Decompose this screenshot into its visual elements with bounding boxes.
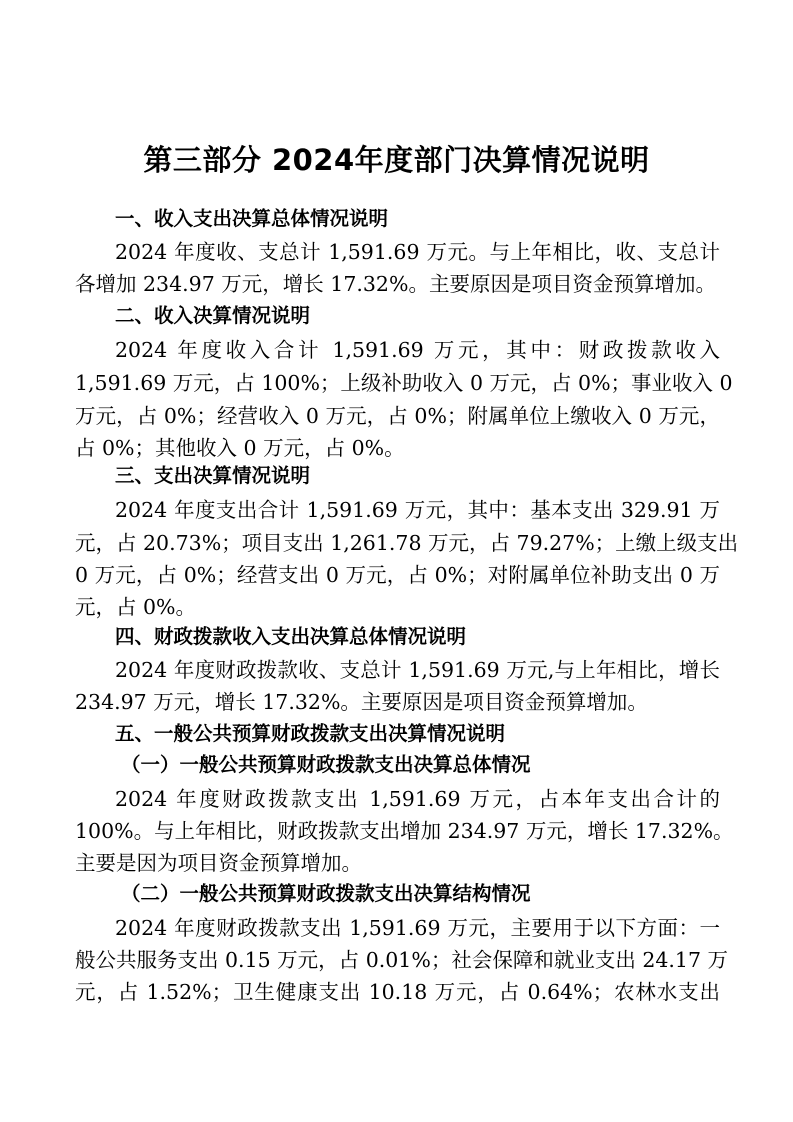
paragraph-line: 元，占 20.73%；项目支出 1,261.78 万元，占 79.27%；上缴上…	[75, 527, 720, 559]
subsection-heading-5-1: （一）一般公共预算财政拨款支出决算总体情况	[121, 749, 720, 781]
paragraph-line: 万元，占 0%；经营收入 0 万元，占 0%；附属单位上缴收入 0 万元，	[75, 400, 720, 432]
paragraph-line: 2024 年度财政拨款支出 1,591.69 万元，主要用于以下方面：一	[115, 912, 720, 944]
paragraph-line: 元，占 0%。	[75, 591, 720, 623]
section-heading-4: 四、财政拨款收入支出决算总体情况说明	[115, 621, 720, 653]
paragraph-line: 主要是因为项目资金预算增加。	[75, 847, 720, 879]
section-heading-3: 三、支出决算情况说明	[115, 460, 720, 492]
paragraph-line: 2024 年度财政拨款收、支总计 1,591.69 万元,与上年相比，增长	[115, 654, 720, 686]
paragraph-line: 元，占 1.52%；卫生健康支出 10.18 万元，占 0.64%；农林水支出	[75, 976, 720, 1008]
paragraph-line: 2024 年度收、支总计 1,591.69 万元。与上年相比，收、支总计	[115, 236, 720, 268]
section-heading-5: 五、一般公共预算财政拨款支出决算情况说明	[115, 718, 720, 750]
subsection-heading-5-2: （二）一般公共预算财政拨款支出决算结构情况	[121, 878, 720, 910]
paragraph-line: 2024 年度财政拨款支出 1,591.69 万元，占本年支出合计的	[115, 783, 720, 815]
document-page: 第三部分 2024年度部门决算情况说明 一、收入支出决算总体情况说明 2024 …	[0, 0, 793, 1122]
paragraph-line: 234.97 万元，增长 17.32%。主要原因是项目资金预算增加。	[75, 686, 720, 718]
paragraph-line: 0 万元，占 0%；经营支出 0 万元，占 0%；对附属单位补助支出 0 万	[75, 559, 720, 591]
paragraph-line: 2024 年度支出合计 1,591.69 万元，其中：基本支出 329.91 万	[115, 494, 720, 526]
paragraph-line: 2024 年度收入合计 1,591.69 万元，其中：财政拨款收入	[115, 334, 720, 366]
paragraph-line: 1,591.69 万元，占 100%；上级补助收入 0 万元，占 0%；事业收入…	[75, 367, 720, 399]
paragraph-line: 各增加 234.97 万元，增长 17.32%。主要原因是项目资金预算增加。	[75, 268, 720, 300]
paragraph-line: 般公共服务支出 0.15 万元，占 0.01%；社会保障和就业支出 24.17 …	[75, 944, 720, 976]
section-heading-1: 一、收入支出决算总体情况说明	[115, 203, 720, 235]
page-title: 第三部分 2024年度部门决算情况说明	[0, 140, 793, 180]
section-heading-2: 二、收入决算情况说明	[115, 300, 720, 332]
paragraph-line: 100%。与上年相比，财政拨款支出增加 234.97 万元，增长 17.32%。	[75, 815, 720, 847]
